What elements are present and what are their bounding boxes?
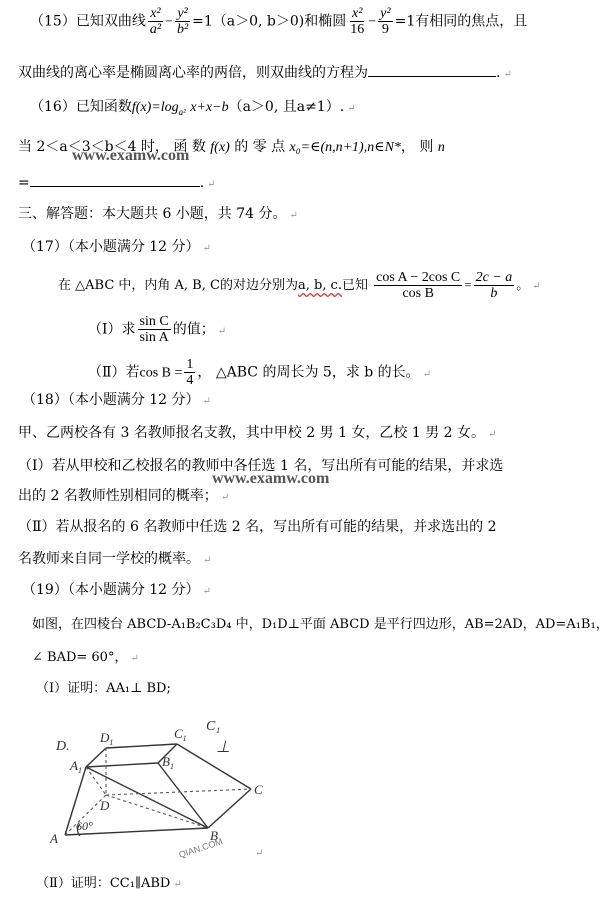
q19-angle-text: ∠ BAD= 60°， (32, 650, 127, 665)
q19-part2-text: （Ⅱ）证明：CC₁∥ABD (36, 876, 170, 891)
q17-header-text: （17）（本小题满分 12 分） (22, 239, 200, 255)
q19-part2: （Ⅱ）证明：CC₁∥ABD↵ (36, 875, 182, 894)
hyperbola-term-y: y²b² (175, 6, 190, 37)
q16-zero-expression: x₀=∈(n,n+1),n∈N* (290, 140, 401, 155)
label-C: C (254, 782, 263, 797)
q17-part1: （Ⅰ）求sin Csin A的值；↵ (88, 314, 226, 345)
q16-tail: ， 则 (401, 139, 433, 155)
figure-watermark: QIAN.COM (178, 836, 224, 860)
q18-part2-line1: （Ⅱ）若从报名的 6 名教师中任选 2 名，写出所有可能的结果，并求选出的 2 (18, 518, 497, 536)
q17-part1-tail: 的值； (173, 322, 215, 338)
paragraph-mark-icon: ↵ (503, 69, 511, 80)
fraction-denominator: 16 (348, 22, 366, 37)
label-B1: B1 (162, 754, 174, 771)
q17-stem-text: 在 △ABC 中，内角 A, B, C的对边分别为 (58, 278, 298, 293)
q17-part2-label: （Ⅱ）若 (88, 365, 140, 381)
q16-label: （16）已知函数 (30, 99, 132, 115)
paragraph-mark-icon: ↵ (532, 281, 540, 292)
paragraph-mark-icon: ↵ (173, 879, 181, 890)
q16-function-ref: f(x) (210, 140, 229, 155)
q15-tail: =1有相同的焦点，且 (395, 14, 528, 30)
q19-frustum-figure: D1 C1 A1 B1 C D A B 60° D. C₁ ⊥ QIAN.COM (20, 700, 270, 860)
q18-part1-text-cont: 出的 2 名教师性别相同的概率； (18, 488, 218, 504)
q16-condition: （a＞0, 且a≠1）. (229, 99, 345, 115)
fraction-denominator: b² (175, 22, 190, 37)
q18-header-text: （18）（本小题满分 12 分） (22, 392, 200, 408)
q17-fraction-right: 2c − ab (474, 270, 515, 301)
answer-blank[interactable] (30, 172, 200, 187)
q17-stem: 在 △ABC 中，内角 A, B, C的对边分别为a, b, c.已知 cos … (58, 270, 541, 301)
q17-cosB: cos B = (140, 366, 183, 381)
q17-header: （17）（本小题满分 12 分）↵ (22, 238, 211, 258)
q15-line1: （15）已知双曲线x²a²−y²b²=1（a＞0, b＞0)和椭圆x²16−y²… (30, 6, 527, 37)
paragraph-mark-icon: ↵ (130, 653, 138, 664)
fraction-numerator: y² (378, 6, 392, 22)
fraction-numerator: x² (148, 6, 162, 22)
paragraph-mark-icon: ↵ (218, 326, 226, 337)
q19-stem-line2: ∠ BAD= 60°，↵ (32, 649, 139, 668)
equals-sign: = (18, 175, 30, 191)
fraction-numerator: 1 (184, 357, 195, 373)
q19-part1: （Ⅰ）证明：AA₁⊥ BD; (36, 680, 171, 698)
q15-line2: 双曲线的离心率是椭圆离心率的两倍，则双曲线的方程为.↵ (18, 62, 512, 84)
paragraph-mark-icon: ↵ (221, 492, 229, 503)
q18-part2-line2: 名教师来自同一学校的概率。↵ (18, 550, 211, 570)
watermark-examw: www.examw.com (72, 147, 189, 165)
hyperbola-term-x: x²a² (148, 6, 163, 37)
q15-question-text: 双曲线的离心率是椭圆离心率的两倍，则双曲线的方程为 (18, 65, 368, 81)
paragraph-mark-icon: ↵ (423, 369, 431, 380)
label-D1: D1 (99, 730, 113, 747)
fraction-denominator: b (488, 286, 499, 301)
q16-line3: =.↵ (18, 172, 216, 194)
q19-part1-text: （Ⅰ）证明：AA₁⊥ BD; (36, 681, 171, 696)
fraction-numerator: cos A − 2cos C (374, 270, 462, 286)
ellipse-term-x: x²16 (348, 6, 366, 37)
q19-header: （19）（本小题满分 12 分）↵ (22, 581, 211, 601)
paragraph-mark-icon: ↵ (347, 103, 355, 114)
label-D: D (99, 798, 110, 813)
paragraph-mark-icon: ↵ (207, 179, 215, 190)
watermark-examw: www.examw.com (212, 470, 329, 488)
q16-zero-text: 的 零 点 (234, 139, 285, 155)
q19-stem-text: 如图，在四棱台 ABCD-A₁B₂C₃D₄ 中，D₁D⊥平面 ABCD 是平行四… (32, 617, 600, 632)
ellipse-term-y: y²9 (378, 6, 392, 37)
paragraph-mark-icon: ↵ (203, 586, 211, 597)
fraction-denominator: 9 (380, 22, 391, 37)
q18-part2-text-cont: 名教师来自同一学校的概率。 (18, 551, 200, 567)
frustum-diagram-icon: D1 C1 A1 B1 C D A B 60° D. C₁ ⊥ QIAN.COM (20, 700, 270, 860)
q15-condition: =1（a＞0, b＞0)和椭圆 (192, 14, 346, 30)
q17-sides: a, b, c. (298, 278, 342, 293)
fraction-numerator: x² (350, 6, 364, 22)
q17-part1-label: （Ⅰ）求 (88, 322, 136, 338)
q17-fraction-left: cos A − 2cos Ccos B (374, 270, 462, 301)
q16-function: f(x)=log (132, 100, 179, 115)
q16-line1: （16）已知函数f(x)=loga² x+x−b（a＞0, 且a≠1）.↵ (30, 98, 356, 121)
handwritten-perp: ⊥ (216, 739, 230, 756)
q15-label: （15）已知双曲线 (30, 14, 146, 30)
paragraph-mark-icon: ↵ (488, 429, 496, 440)
period: 。 (516, 278, 529, 293)
q16-variable-n: n (438, 140, 445, 155)
paragraph-mark-icon: ↵ (203, 555, 211, 566)
section-3-title: 三、解答题：本大题共 6 小题，共 74 分。 (18, 206, 287, 222)
handwritten-C1: C₁ (206, 719, 220, 734)
q17-known: 已知 (342, 278, 368, 293)
fraction-denominator: cos B (400, 286, 436, 301)
answer-blank[interactable] (368, 62, 496, 77)
label-A: A (49, 831, 58, 846)
fraction-numerator: 2c − a (474, 270, 515, 286)
paragraph-mark-icon: ↵ (290, 210, 298, 221)
q18-header: （18）（本小题满分 12 分）↵ (22, 391, 211, 411)
section-3-heading: 三、解答题：本大题共 6 小题，共 74 分。↵ (18, 205, 298, 225)
fraction-denominator: sin A (138, 330, 171, 345)
fraction-denominator: 4 (184, 373, 195, 388)
q19-header-text: （19）（本小题满分 12 分） (22, 582, 200, 598)
paragraph-mark-icon: ↵ (203, 396, 211, 407)
handwritten-D: D. (55, 739, 70, 754)
q16-function-rest: x+x−b (190, 100, 228, 115)
paragraph-mark-icon: ↵ (203, 243, 211, 254)
label-C1: C1 (174, 726, 187, 743)
fraction-denominator: a² (148, 22, 163, 37)
label-A1: A1 (69, 758, 82, 775)
q18-part2-text: （Ⅱ）若从报名的 6 名教师中任选 2 名，写出所有可能的结果，并求选出的 2 (18, 519, 497, 535)
q18-stem: 甲、乙两校各有 3 名教师报名支教，其中甲校 2 男 1 女，乙校 1 男 2 … (18, 424, 496, 444)
q19-stem-line1: 如图，在四棱台 ABCD-A₁B₂C₃D₄ 中，D₁D⊥平面 ABCD 是平行四… (32, 616, 600, 634)
q17-part2: （Ⅱ）若cos B =14， △ABC 的周长为 5，求 b 的长。↵ (88, 357, 431, 388)
q18-part1-line2: 出的 2 名教师性别相同的概率；↵ (18, 487, 229, 507)
fraction-numerator: sin C (138, 314, 171, 330)
q17-part2-tail: ， △ABC 的周长为 5，求 b 的长。 (197, 365, 419, 381)
fraction-numerator: y² (175, 6, 189, 22)
q17-part1-fraction: sin Csin A (138, 314, 171, 345)
log-base: a² (179, 107, 186, 117)
q18-stem-text: 甲、乙两校各有 3 名教师报名支教，其中甲校 2 男 1 女，乙校 1 男 2 … (18, 425, 485, 441)
paragraph-mark-icon: ↵ (255, 848, 263, 859)
q17-part2-fraction: 14 (184, 357, 195, 388)
